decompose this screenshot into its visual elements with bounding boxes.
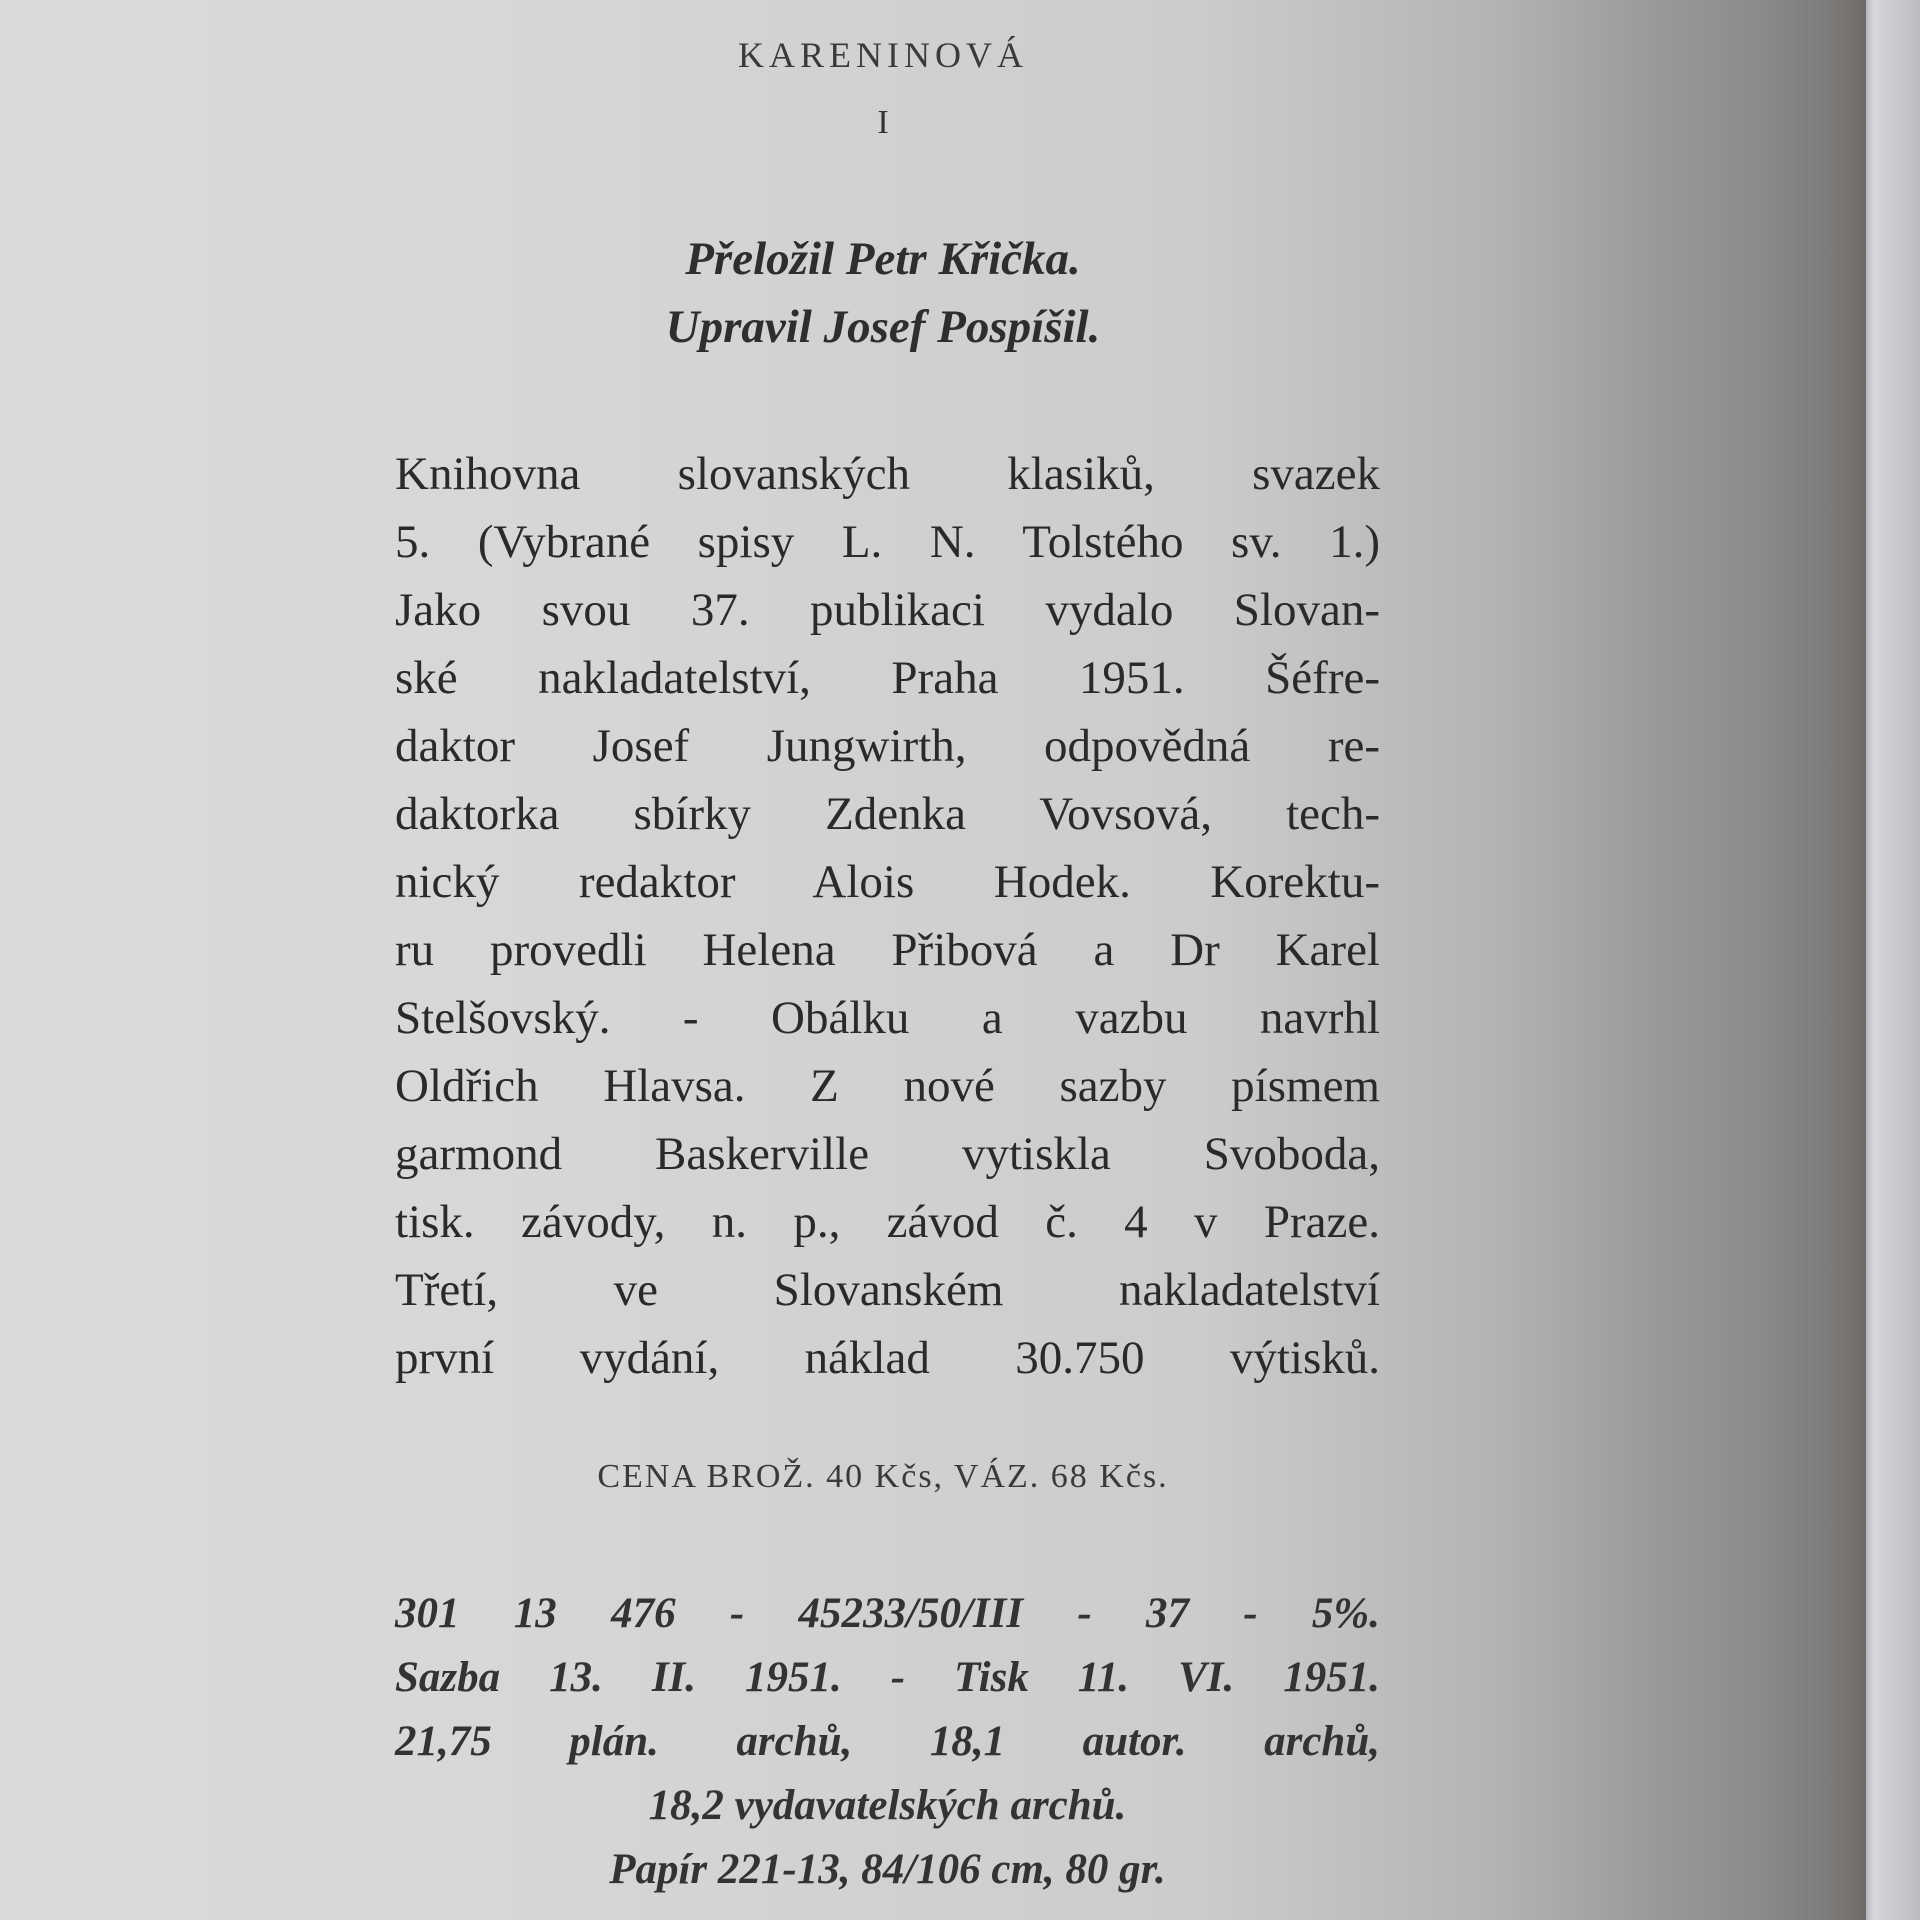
print-details: 301 13 476 - 45233/50/III - 37 - 5%. Saz… bbox=[395, 1582, 1380, 1902]
volume-number: I bbox=[0, 104, 1766, 142]
colophon-line: garmond Baskerville vytiskla Svoboda, bbox=[395, 1120, 1380, 1188]
colophon-line: daktorka sbírky Zdenka Vovsová, tech- bbox=[395, 780, 1380, 848]
print-detail-line: 21,75 plán. archů, 18,1 autor. archů, bbox=[395, 1710, 1380, 1774]
book-title: KARENINOVÁ bbox=[0, 34, 1766, 76]
print-detail-line: Sazba 13. II. 1951. - Tisk 11. VI. 1951. bbox=[395, 1646, 1380, 1710]
colophon-line: daktor Josef Jungwirth, odpovědná re- bbox=[395, 712, 1380, 780]
price-line: CENA BROŽ. 40 Kčs, VÁZ. 68 Kčs. bbox=[0, 1458, 1766, 1496]
colophon-line: 5. (Vybrané spisy L. N. Tolstého sv. 1.) bbox=[395, 508, 1380, 576]
colophon-line: ské nakladatelství, Praha 1951. Šéfre- bbox=[395, 644, 1380, 712]
colophon-line: ru provedli Helena Přibová a Dr Karel bbox=[395, 916, 1380, 984]
colophon-line: Oldřich Hlavsa. Z nové sazby písmem bbox=[395, 1052, 1380, 1120]
next-page-edge bbox=[1866, 0, 1920, 1920]
colophon-line: Stelšovský. - Obálku a vazbu navrhl bbox=[395, 984, 1380, 1052]
colophon-line: nický redaktor Alois Hodek. Korektu- bbox=[395, 848, 1380, 916]
translator-credits: Přeložil Petr Křička. Upravil Josef Posp… bbox=[0, 225, 1766, 361]
colophon-line: Knihovna slovanských klasiků, svazek bbox=[395, 440, 1380, 508]
colophon-line: Jako svou 37. publikaci vydalo Slovan- bbox=[395, 576, 1380, 644]
colophon-line: tisk. závody, n. p., závod č. 4 v Praze. bbox=[395, 1188, 1380, 1256]
translator-line: Přeložil Petr Křička. bbox=[0, 225, 1766, 293]
colophon-line: první vydání, náklad 30.750 výtisků. bbox=[395, 1324, 1380, 1392]
colophon-line: Třetí, ve Slovanském nakladatelství bbox=[395, 1256, 1380, 1324]
colophon-paragraph: Knihovna slovanských klasiků, svazek 5. … bbox=[395, 440, 1380, 1392]
book-page: ANNA KARENINOVÁ I Přeložil Petr Křička. … bbox=[0, 0, 1866, 1920]
editor-line: Upravil Josef Pospíšil. bbox=[0, 293, 1766, 361]
print-detail-line: 18,2 vydavatelských archů. bbox=[395, 1774, 1380, 1838]
print-detail-line: Papír 221-13, 84/106 cm, 80 gr. bbox=[395, 1838, 1380, 1902]
print-detail-line: 301 13 476 - 45233/50/III - 37 - 5%. bbox=[395, 1582, 1380, 1646]
